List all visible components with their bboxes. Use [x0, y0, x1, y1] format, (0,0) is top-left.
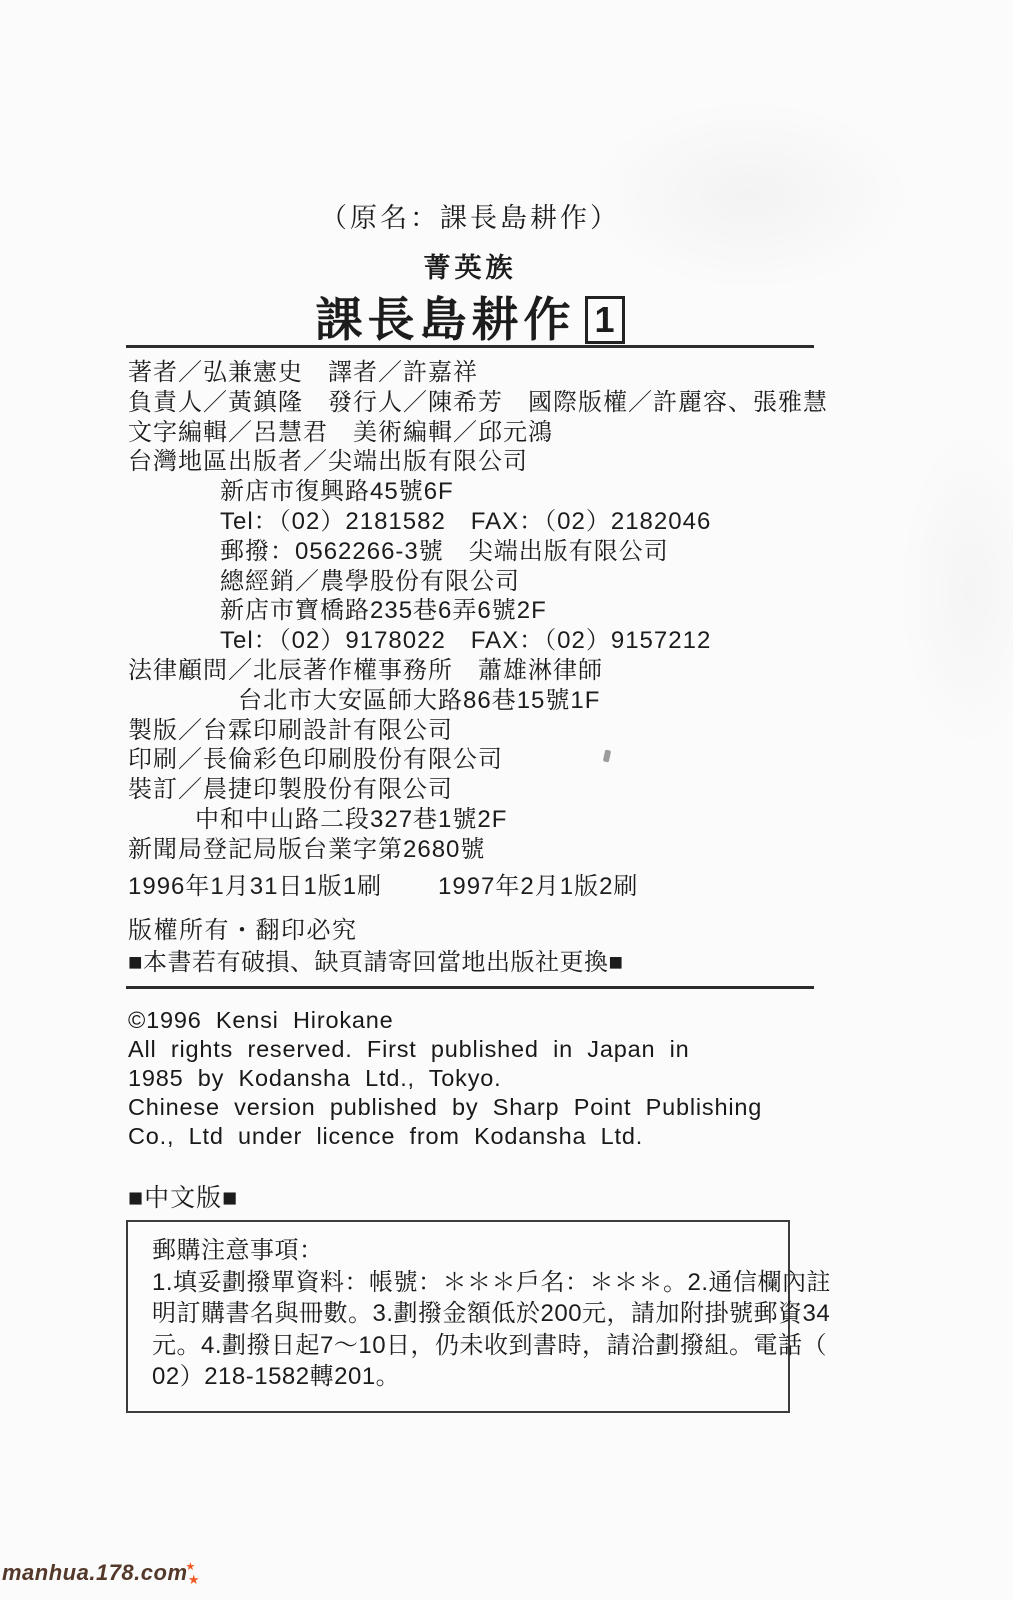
copyright-notice: 版權所有・翻印必究: [128, 910, 358, 945]
colophon-line: 台北市大安區師大路86巷15號1F: [128, 686, 828, 716]
english-line: Co., Ltd under licence from Kodansha Ltd…: [128, 1122, 762, 1151]
colophon-line: Tel：（02）2181582 FAX：（02）2182046: [128, 507, 828, 537]
divider-top: [126, 345, 814, 348]
second-printing: 1997年2月1版2刷: [438, 866, 638, 901]
colophon-credits: 著者／弘兼憲史 譯者／許嘉祥 負責人／黃鎮隆 發行人／陳希芳 國際版權／許麗容、…: [128, 358, 828, 865]
mail-order-line: 02）218-1582轉201。: [152, 1361, 772, 1393]
colophon-line: 新聞局登記局版台業字第2680號: [128, 835, 828, 865]
mail-order-notice-box: 郵購注意事項： 1.填妥劃撥單資料：帳號：＊＊＊戶名：＊＊＊。2.通信欄內註 明…: [126, 1220, 790, 1413]
mail-order-line: 元。4.劃撥日起7～10日，仍未收到書時，請洽劃撥組。電話（: [152, 1330, 772, 1362]
colophon-page: （原名：課長島耕作） 菁英族 課長島耕作1 著者／弘兼憲史 譯者／許嘉祥 負責人…: [0, 0, 1013, 1600]
english-copyright-block: ©1996 Kensi Hirokane All rights reserved…: [128, 1006, 762, 1151]
colophon-line: 裝訂／晨捷印製股份有限公司: [128, 775, 828, 805]
colophon-line: 文字編輯／呂慧君 美術編輯／邱元鴻: [128, 418, 828, 448]
series-name: 菁英族: [126, 246, 814, 285]
colophon-line: 郵撥：0562266-3號 尖端出版有限公司: [128, 537, 828, 567]
colophon-line: 中和中山路二段327巷1號2F: [128, 805, 828, 835]
colophon-line: 總經銷／農學股份有限公司: [128, 567, 828, 597]
original-title: （原名：課長島耕作）: [126, 196, 814, 235]
damage-replacement-notice: ■本書若有破損、缺頁請寄回當地出版社更換■: [128, 942, 624, 977]
mail-order-line: 1.填妥劃撥單資料：帳號：＊＊＊戶名：＊＊＊。2.通信欄內註: [152, 1267, 772, 1299]
divider-bottom: [126, 986, 814, 989]
english-line: Chinese version published by Sharp Point…: [128, 1093, 762, 1122]
mail-order-line: 明訂購書名與冊數。3.劃撥金額低於200元，請加附掛號郵資34: [152, 1298, 772, 1330]
main-title: 課長島耕作1: [126, 294, 814, 346]
colophon-line: 新店市寶橋路235巷6弄6號2F: [128, 596, 828, 626]
colophon-line: 著者／弘兼憲史 譯者／許嘉祥: [128, 358, 828, 388]
star-icon: ★: [188, 1572, 200, 1587]
colophon-line: 台灣地區出版者／尖端出版有限公司: [128, 447, 828, 477]
colophon-line: 負責人／黃鎮隆 發行人／陳希芳 國際版權／許麗容、張雅慧: [128, 388, 828, 418]
chinese-version-label: ■中文版■: [128, 1178, 238, 1214]
title-block: （原名：課長島耕作） 菁英族 課長島耕作1: [126, 196, 814, 346]
volume-number-box: 1: [585, 296, 625, 344]
colophon-line: 印刷／長倫彩色印刷股份有限公司: [128, 745, 828, 775]
mail-order-title: 郵購注意事項：: [152, 1235, 772, 1267]
english-line: ©1996 Kensi Hirokane: [128, 1006, 762, 1035]
main-title-text: 課長島耕作: [316, 293, 576, 346]
colophon-line: 法律顧問／北辰著作權事務所 蕭雄淋律師: [128, 656, 828, 686]
scan-smudge: [900, 430, 1013, 750]
site-watermark: manhua.178.com★★: [2, 1560, 210, 1586]
watermark-text: manhua.178.com: [2, 1560, 188, 1585]
first-printing: 1996年1月31日1版1刷: [128, 873, 382, 900]
colophon-line: 新店市復興路45號6F: [128, 477, 828, 507]
english-line: All rights reserved. First published in …: [128, 1035, 762, 1064]
edition-line: 1996年1月31日1版1刷 1997年2月1版2刷: [128, 866, 382, 901]
colophon-line: 製版／台霖印刷設計有限公司: [128, 716, 828, 746]
colophon-line: Tel：（02）9178022 FAX：（02）9157212: [128, 626, 828, 656]
english-line: 1985 by Kodansha Ltd., Tokyo.: [128, 1064, 762, 1093]
